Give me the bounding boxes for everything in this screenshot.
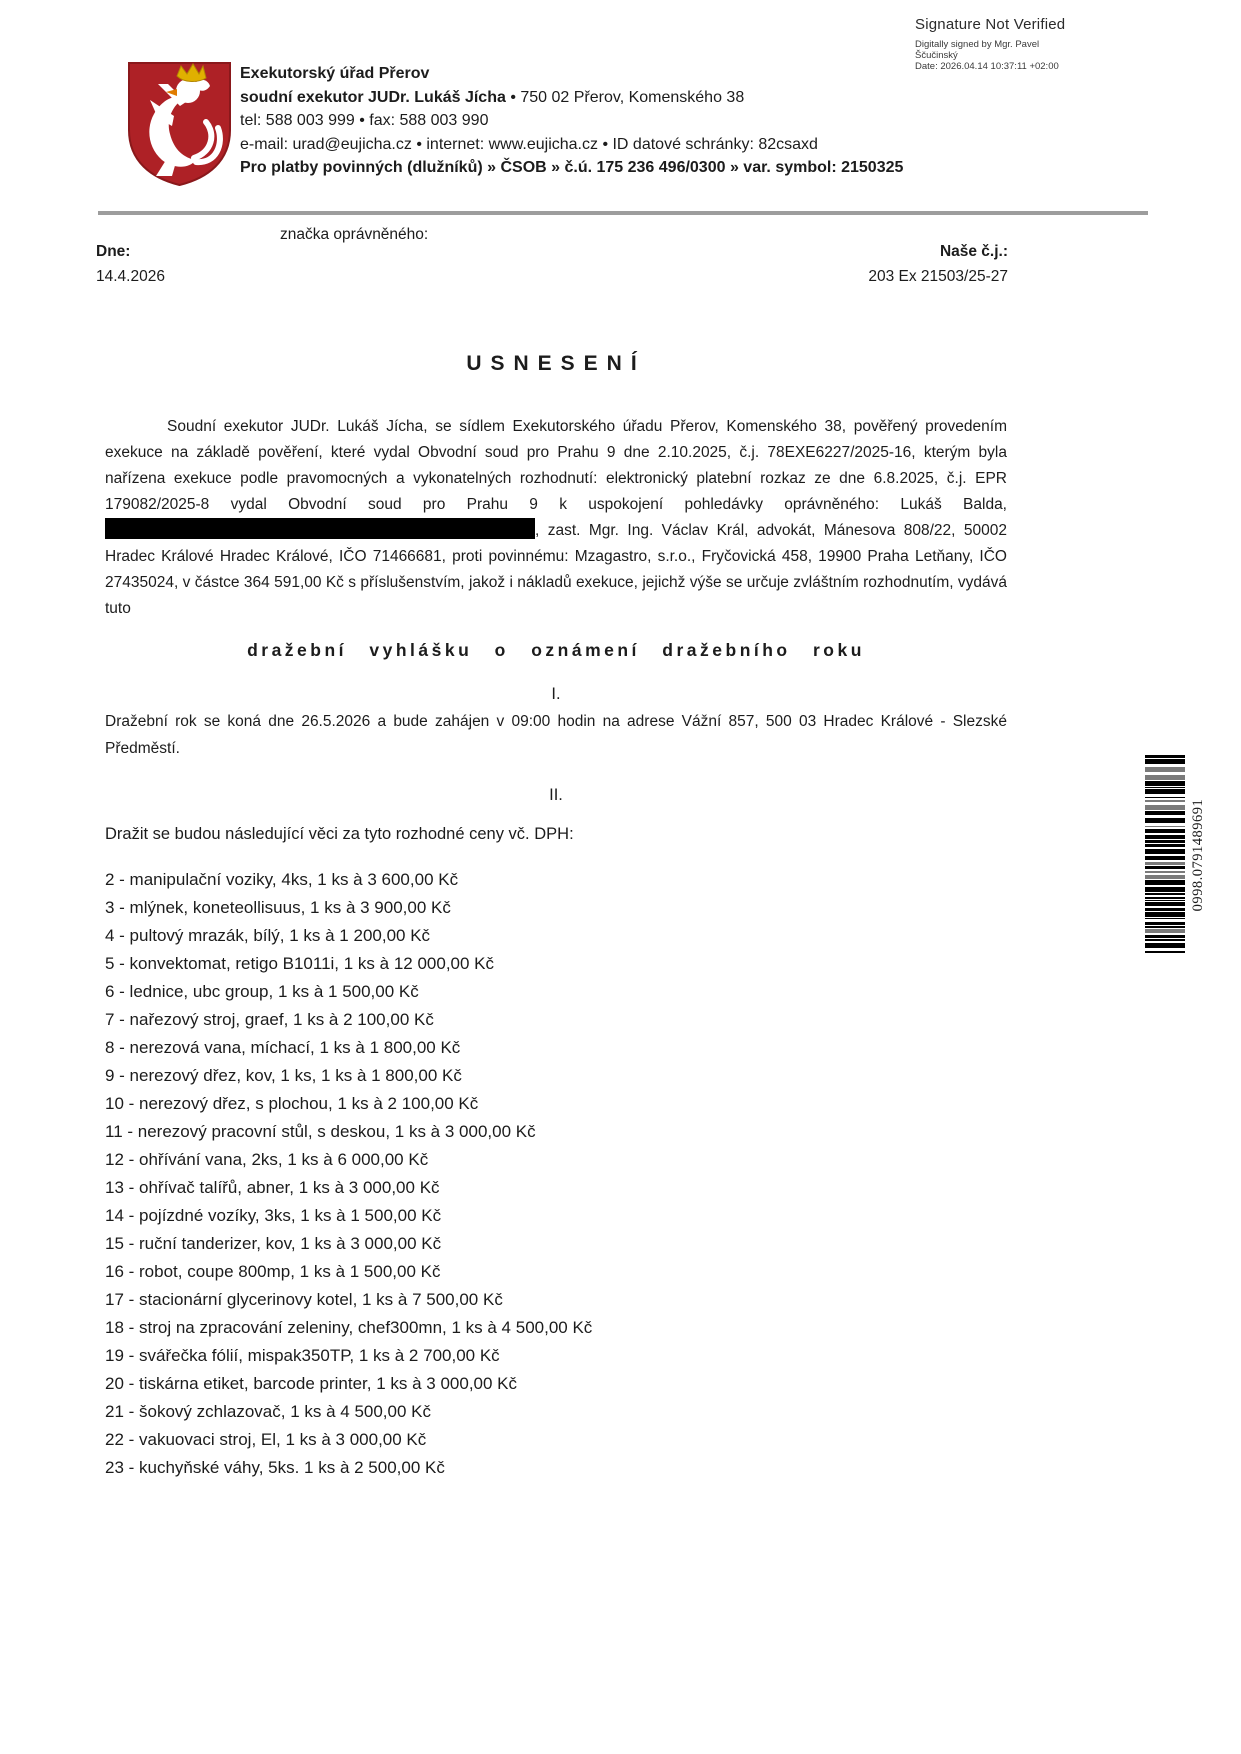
coat-of-arms-icon: [122, 58, 237, 190]
auction-item: 23 - kuchyňské váhy, 5ks. 1 ks à 2 500,0…: [105, 1454, 1007, 1482]
creditor-mark-label: značka oprávněného:: [280, 226, 428, 244]
barcode-bar: [1145, 943, 1185, 948]
email-line: e-mail: urad@eujicha.cz • internet: www.…: [240, 133, 1000, 157]
file-number-label: Naše č.j.:: [700, 243, 1008, 261]
section-2-numeral: II.: [105, 786, 1007, 805]
barcode-bar: [1145, 926, 1185, 928]
barcode-bar: [1145, 849, 1185, 854]
auction-item: 13 - ohřívač talířů, abner, 1 ks à 3 000…: [105, 1174, 1007, 1202]
redaction-bar: [105, 518, 535, 539]
barcode-bar: [1145, 829, 1185, 833]
auction-item: 20 - tiskárna etiket, barcode printer, 1…: [105, 1370, 1007, 1398]
barcode-bar: [1145, 893, 1185, 895]
barcode-bar: [1145, 787, 1185, 788]
auction-item: 7 - nařezový stroj, graef, 1 ks à 2 100,…: [105, 1006, 1007, 1034]
header-divider: [98, 211, 1148, 215]
auction-item: 22 - vakuovaci stroj, El, 1 ks à 3 000,0…: [105, 1426, 1007, 1454]
barcode-bar: [1145, 939, 1185, 941]
executor-name: soudní exekutor JUDr. Lukáš Jícha: [240, 89, 506, 106]
auction-item: 16 - robot, coupe 800mp, 1 ks à 1 500,00…: [105, 1258, 1007, 1286]
barcode-bar: [1145, 800, 1185, 802]
payment-line: Pro platby povinných (dlužníků) » ČSOB »…: [240, 156, 1000, 180]
barcode-bar: [1145, 767, 1185, 772]
auction-item: 21 - šokový zchlazovač, 1 ks à 4 500,00 …: [105, 1398, 1007, 1426]
barcode-bar: [1145, 840, 1185, 843]
barcode-bar: [1145, 775, 1185, 780]
barcode-bar: [1145, 880, 1185, 885]
barcode-bar: [1145, 912, 1185, 917]
barcode-bar: [1145, 887, 1185, 892]
barcode-bar: [1145, 866, 1185, 869]
auction-item: 15 - ruční tanderizer, kov, 1 ks à 3 000…: [105, 1230, 1007, 1258]
auction-items-list: 2 - manipulační voziky, 4ks, 1 ks à 3 60…: [105, 866, 1007, 1482]
barcode-bar: [1145, 781, 1185, 786]
auction-item: 3 - mlýnek, koneteollisuus, 1 ks à 3 900…: [105, 894, 1007, 922]
date-value: 14.4.2026: [96, 268, 165, 286]
barcode-bar: [1145, 805, 1185, 810]
document-title: USNESENÍ: [105, 352, 1007, 376]
barcode-bar: [1145, 875, 1185, 879]
signature-status: Signature Not Verified: [915, 16, 1235, 33]
document-body: USNESENÍ Soudní exekutor JUDr. Lukáš Jíc…: [105, 352, 1007, 1482]
barcode-bar: [1145, 797, 1185, 798]
barcode-bar: [1145, 871, 1185, 873]
file-number-value: 203 Ex 21503/25-27: [700, 268, 1008, 286]
decree-heading: dražební vyhlášku o oznámení dražebního …: [105, 640, 1007, 661]
auction-item: 17 - stacionární glycerinovy kotel, 1 ks…: [105, 1286, 1007, 1314]
auction-item: 11 - nerezový pracovní stůl, s deskou, 1…: [105, 1118, 1007, 1146]
barcode-bar: [1145, 818, 1185, 823]
section-1-text: Dražební rok se koná dne 26.5.2026 a bud…: [105, 708, 1007, 762]
office-name: Exekutorský úřad Přerov: [240, 62, 1000, 86]
auction-item: 18 - stroj na zpracování zeleniny, chef3…: [105, 1314, 1007, 1342]
barcode-bar: [1145, 922, 1185, 925]
preamble-paragraph: Soudní exekutor JUDr. Lukáš Jícha, se sí…: [105, 414, 1007, 622]
auction-item: 2 - manipulační voziky, 4ks, 1 ks à 3 60…: [105, 866, 1007, 894]
barcode: [1145, 755, 1185, 955]
barcode-bar: [1145, 935, 1185, 938]
section-2-intro: Dražit se budou následující věci za tyto…: [105, 825, 1007, 844]
barcode-bar: [1145, 811, 1185, 815]
barcode-bar: [1145, 789, 1185, 794]
auction-item: 4 - pultový mrazák, bílý, 1 ks à 1 200,0…: [105, 922, 1007, 950]
barcode-bar: [1145, 856, 1185, 860]
barcode-bar: [1145, 929, 1185, 933]
document-page: Signature Not Verified Digitally signed …: [0, 0, 1241, 1754]
barcode-bar: [1145, 755, 1185, 758]
auction-item: 8 - nerezová vana, míchací, 1 ks à 1 800…: [105, 1034, 1007, 1062]
auction-item: 9 - nerezový dřez, kov, 1 ks, 1 ks à 1 8…: [105, 1062, 1007, 1090]
barcode-bar: [1145, 897, 1185, 899]
phone-fax-line: tel: 588 003 999 • fax: 588 003 990: [240, 109, 1000, 133]
barcode-number: 0998.0791489691: [1190, 755, 1212, 955]
barcode-bar: [1145, 862, 1185, 865]
barcode-bar: [1145, 900, 1185, 901]
preamble-text-before: Soudní exekutor JUDr. Lukáš Jícha, se sí…: [105, 418, 1007, 513]
section-1-numeral: I.: [105, 685, 1007, 704]
signature-signer-line2: Ščučinský: [915, 50, 1235, 61]
auction-item: 12 - ohřívání vana, 2ks, 1 ks à 6 000,00…: [105, 1146, 1007, 1174]
barcode-bar: [1145, 835, 1185, 839]
barcode-bar: [1145, 844, 1185, 847]
barcode-bar: [1145, 902, 1185, 906]
auction-item: 10 - nerezový dřez, s plochou, 1 ks à 2 …: [105, 1090, 1007, 1118]
auction-item: 19 - svářečka fólií, mispak350TP, 1 ks à…: [105, 1342, 1007, 1370]
auction-item: 5 - konvektomat, retigo B1011i, 1 ks à 1…: [105, 950, 1007, 978]
letterhead: Exekutorský úřad Přerov soudní exekutor …: [240, 62, 1000, 180]
barcode-bar: [1145, 908, 1185, 911]
barcode-bar: [1145, 918, 1185, 919]
signature-signer-line1: Digitally signed by Mgr. Pavel: [915, 39, 1235, 50]
auction-item: 6 - lednice, ubc group, 1 ks à 1 500,00 …: [105, 978, 1007, 1006]
barcode-bar: [1145, 759, 1185, 764]
date-label: Dne:: [96, 243, 130, 261]
barcode-bar: [1145, 951, 1185, 953]
executor-line: soudní exekutor JUDr. Lukáš Jícha • 750 …: [240, 86, 1000, 110]
executor-address: • 750 02 Přerov, Komenského 38: [506, 89, 744, 106]
barcode-bar: [1145, 826, 1185, 827]
auction-item: 14 - pojízdné vozíky, 3ks, 1 ks à 1 500,…: [105, 1202, 1007, 1230]
